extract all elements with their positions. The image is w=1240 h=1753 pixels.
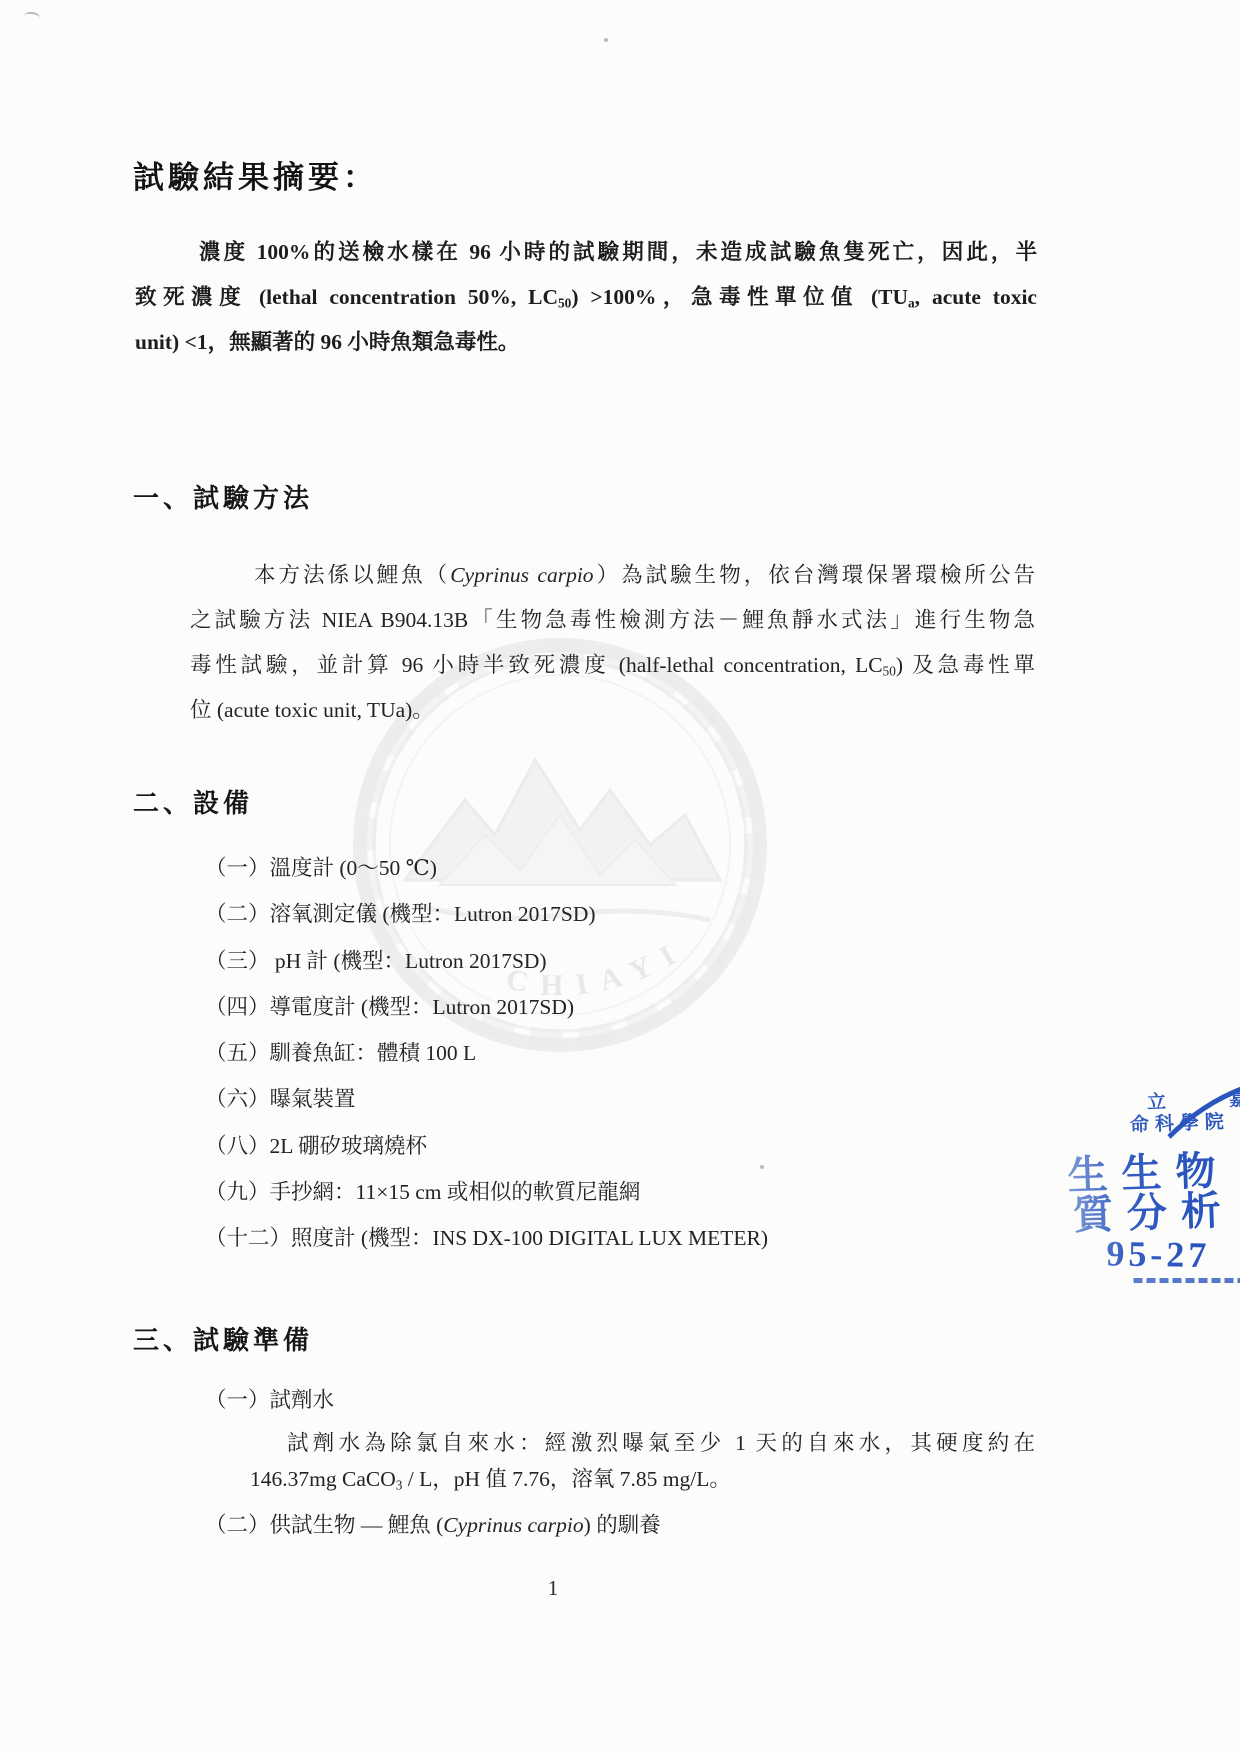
prep-item1-label: （一）試劑水 bbox=[205, 1378, 334, 1423]
method-line: 毒性試驗，並計算 96 小時半致死濃度 (half-lethal concent… bbox=[190, 643, 1035, 688]
approval-stamp: 立 嘉 命科學院 生生物 質分析 95-27 bbox=[1016, 1062, 1240, 1310]
scan-artifact bbox=[23, 11, 40, 23]
document-title: 試驗結果摘要： bbox=[133, 152, 378, 197]
section-heading-method: 一、試驗方法 bbox=[133, 478, 313, 515]
prep-item2-text: （二）供試生物 — 鯉魚 (Cyprinus carpio) 的馴養 bbox=[205, 1503, 661, 1548]
method-line: 位 (acute toxic unit, TUa)。 bbox=[190, 688, 1035, 733]
scan-artifact bbox=[760, 1165, 764, 1169]
scan-artifact bbox=[604, 38, 608, 42]
prep-item1-paragraph2: 146.37mg CaCO3 / L，pH 值 7.76，溶氧 7.85 mg/… bbox=[250, 1460, 731, 1498]
section-heading-equipment: 二、設備 bbox=[133, 783, 253, 820]
equipment-list: （一）溫度計 (0～50 ℃) （二）溶氧測定儀 (機型：Lutron 2017… bbox=[205, 845, 768, 1262]
equipment-item: （三） pH 計 (機型：Lutron 2017SD) bbox=[205, 938, 768, 984]
stamp-small-print-line bbox=[1133, 1278, 1240, 1283]
equipment-item: （五）馴養魚缸：體積 100 L bbox=[205, 1030, 768, 1076]
prep-item1-paragraph: 試劑水為除氯自來水：經激烈曝氣至少 1 天的自來水，其硬度約在 bbox=[287, 1424, 1035, 1462]
stamp-text-line2: 命科學院 bbox=[1129, 1107, 1230, 1137]
equipment-item: （十二）照度計 (機型：INS DX-100 DIGITAL LUX METER… bbox=[205, 1215, 768, 1261]
equipment-item: （八）2L 硼矽玻璃燒杯 bbox=[205, 1123, 768, 1169]
method-line: 本方法係以鯉魚（Cyprinus carpio）為試驗生物，依台灣環保署環檢所公… bbox=[190, 553, 1035, 598]
prep-item2: （二）供試生物 — 鯉魚 (Cyprinus carpio) 的馴養 bbox=[205, 1503, 661, 1548]
section-heading-preparation: 三、試驗準備 bbox=[133, 1320, 313, 1357]
equipment-item: （四）導電度計 (機型：Lutron 2017SD) bbox=[205, 984, 768, 1030]
summary-line: 致死濃度 (lethal concentration 50%, LC50) >1… bbox=[135, 275, 1037, 320]
prep-line: 146.37mg CaCO3 / L，pH 值 7.76，溶氧 7.85 mg/… bbox=[250, 1460, 731, 1498]
method-paragraph: 本方法係以鯉魚（Cyprinus carpio）為試驗生物，依台灣環保署環檢所公… bbox=[190, 553, 1035, 733]
equipment-item: （六）曝氣裝置 bbox=[205, 1076, 768, 1122]
summary-line: unit) <1，無顯著的 96 小時魚類急毒性。 bbox=[135, 320, 1037, 365]
document-page: CHIAYI 試驗結果摘要： 濃度 100%的送檢水樣在 96 小時的試驗期間，… bbox=[0, 0, 1240, 1753]
prep-line: 試劑水為除氯自來水：經激烈曝氣至少 1 天的自來水，其硬度約在 bbox=[287, 1424, 1035, 1462]
stamp-text-line4: 質分析 bbox=[1072, 1179, 1236, 1242]
equipment-item: （九）手抄網：11×15 cm 或相似的軟質尼龍網 bbox=[205, 1169, 768, 1215]
summary-paragraph: 濃度 100%的送檢水樣在 96 小時的試驗期間，未造成試驗魚隻死亡，因此，半 … bbox=[135, 230, 1037, 365]
prep-item1-text: （一）試劑水 bbox=[205, 1378, 334, 1423]
page-number: 1 bbox=[0, 1576, 1106, 1601]
equipment-item: （一）溫度計 (0～50 ℃) bbox=[205, 845, 768, 891]
stamp-number: 95-27 bbox=[1106, 1232, 1211, 1276]
summary-line: 濃度 100%的送檢水樣在 96 小時的試驗期間，未造成試驗魚隻死亡，因此，半 bbox=[135, 230, 1037, 275]
equipment-item: （二）溶氧測定儀 (機型：Lutron 2017SD) bbox=[205, 891, 768, 937]
method-line: 之試驗方法 NIEA B904.13B「生物急毒性檢測方法－鯉魚靜水式法」進行生… bbox=[190, 598, 1035, 643]
